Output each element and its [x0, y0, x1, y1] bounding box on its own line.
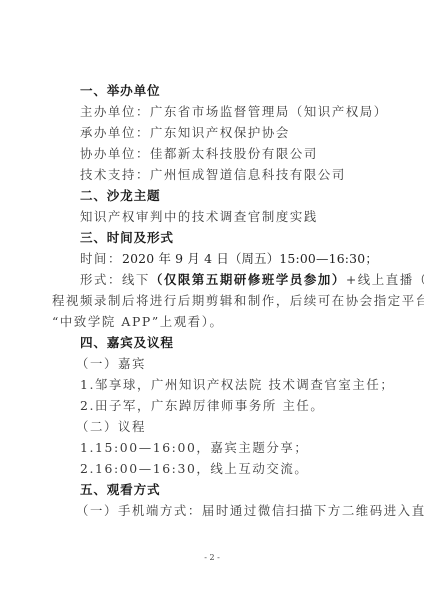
mobile-viewing-text: （一）手机端方式：届时通过微信扫描下方二维码进入直: [52, 500, 368, 521]
format-line-2: 程视频录制后将进行后期剪辑和制作，后续可在协会指定平台: [52, 290, 368, 311]
section-heading-guests-agenda: 四、嘉宾及议程: [52, 332, 368, 353]
guest-item: 1.邹享球，广州知识产权法院 技术调查官室主任；: [52, 374, 368, 395]
co-organizer-value: 佳都新太科技股份有限公司: [150, 146, 318, 161]
document-page: 一、举办单位 主办单位：广东省市场监督管理局（知识产权局） 承办单位：广东知识产…: [0, 0, 424, 600]
format-label: 形式：线下: [80, 272, 150, 287]
tech-support-value: 广州恒成智道信息科技有限公司: [150, 167, 346, 182]
host-line: 主办单位：广东省市场监督管理局（知识产权局）: [52, 101, 368, 122]
time-line: 时间：2020 年 9 月 4 日（周五）15:00—16:30；: [52, 248, 368, 269]
guest-item: 2.田子军，广东踔厉律师事务所 主任。: [52, 395, 368, 416]
host-label: 主办单位：: [80, 104, 150, 119]
format-line-1: 形式：线下（仅限第五期研修班学员参加）+线上直播（课: [52, 269, 368, 290]
section-heading-viewing: 五、观看方式: [52, 479, 368, 500]
time-label: 时间：: [80, 251, 122, 266]
section-heading-time-format: 三、时间及形式: [52, 227, 368, 248]
topic-text: 知识产权审判中的技术调查官制度实践: [52, 206, 368, 227]
co-organizer-label: 协办单位：: [80, 146, 150, 161]
organizer-value: 广东知识产权保护协会: [150, 125, 290, 140]
host-value: 广东省市场监督管理局（知识产权局）: [150, 104, 388, 119]
tech-support-line: 技术支持：广州恒成智道信息科技有限公司: [52, 164, 368, 185]
section-heading-topic: 二、沙龙主题: [52, 185, 368, 206]
format-online: +线上直播（课: [346, 272, 424, 287]
page-number: - 2 -: [0, 553, 424, 562]
agenda-item: 1.15:00—16:00，嘉宾主题分享；: [52, 437, 368, 458]
tech-support-label: 技术支持：: [80, 167, 150, 182]
agenda-item: 2.16:00—16:30，线上互动交流。: [52, 458, 368, 479]
organizer-label: 承办单位：: [80, 125, 150, 140]
guests-subheading: （一）嘉宾: [52, 353, 368, 374]
section-heading-organizers: 一、举办单位: [52, 80, 368, 101]
co-organizer-line: 协办单位：佳都新太科技股份有限公司: [52, 143, 368, 164]
format-restriction: （仅限第五期研修班学员参加）: [150, 272, 346, 287]
organizer-line: 承办单位：广东知识产权保护协会: [52, 122, 368, 143]
agenda-subheading: （二）议程: [52, 416, 368, 437]
format-line-3: “中致学院 APP”上观看）。: [52, 311, 368, 332]
time-value: 2020 年 9 月 4 日（周五）15:00—16:30；: [122, 251, 378, 266]
document-body: 一、举办单位 主办单位：广东省市场监督管理局（知识产权局） 承办单位：广东知识产…: [52, 80, 368, 521]
